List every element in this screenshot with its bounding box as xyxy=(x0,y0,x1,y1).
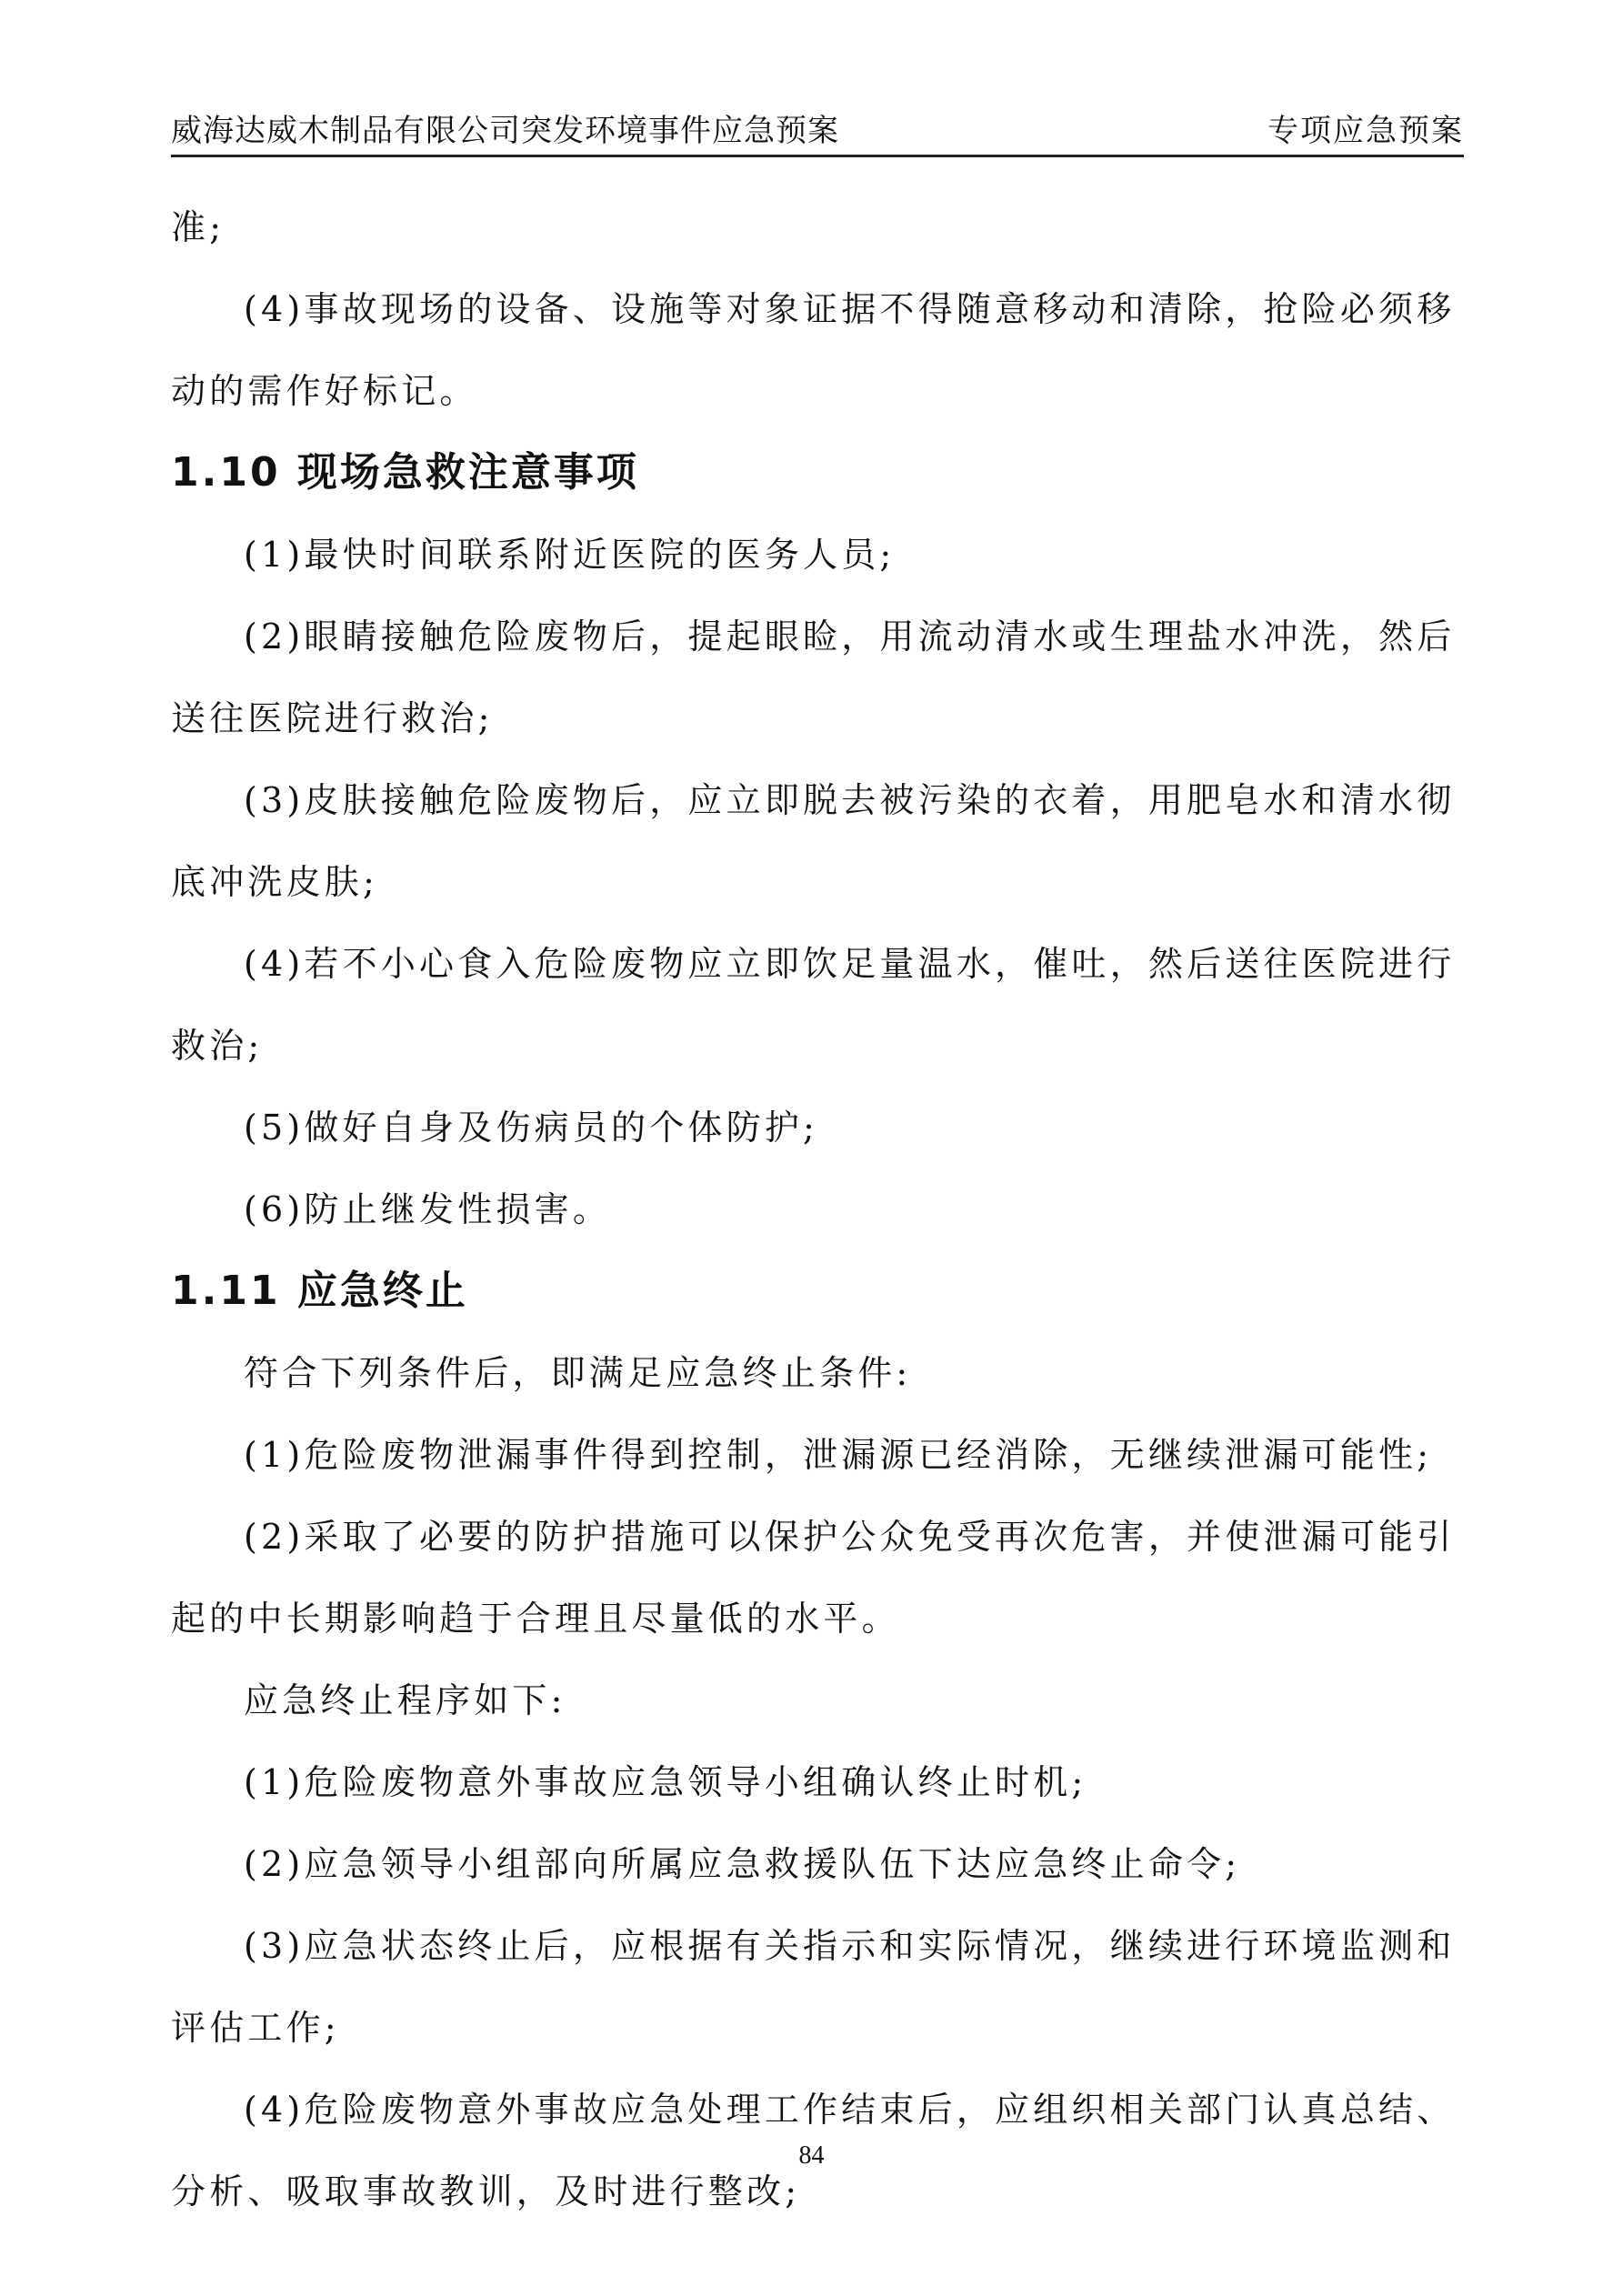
text-line: 救治; xyxy=(171,1005,1464,1087)
text-line: 动的需作好标记。 xyxy=(171,350,1464,432)
list-item: (4)危险废物意外事故应急处理工作结束后，应组织相关部门认真总结、 xyxy=(171,2069,1464,2151)
paragraph: 应急终止程序如下: xyxy=(171,1659,1464,1741)
list-item: (4)若不小心食入危险废物应立即饮足量温水，催吐，然后送往医院进行 xyxy=(171,923,1464,1005)
section-heading: 1.10 现场急救注意事项 xyxy=(171,432,1464,514)
list-item: (2)采取了必要的防护措施可以保护公众免受再次危害，并使泄漏可能引 xyxy=(171,1496,1464,1578)
section-heading: 1.11 应急终止 xyxy=(171,1250,1464,1332)
list-item: (1)危险废物泄漏事件得到控制，泄漏源已经消除，无继续泄漏可能性; xyxy=(171,1414,1464,1496)
header-section-label: 专项应急预案 xyxy=(1267,111,1464,151)
text-line: 送往医院进行救治; xyxy=(171,677,1464,759)
list-item: (1)最快时间联系附近医院的医务人员; xyxy=(171,514,1464,596)
list-item: (4)事故现场的设备、设施等对象证据不得随意移动和清除，抢险必须移 xyxy=(171,268,1464,350)
text-line: 底冲洗皮肤; xyxy=(171,841,1464,923)
header-rule xyxy=(171,155,1464,157)
text-line: 起的中长期影响趋于合理且尽量低的水平。 xyxy=(171,1578,1464,1659)
text-line: 评估工作; xyxy=(171,1987,1464,2069)
header-document-title: 威海达威木制品有限公司突发环境事件应急预案 xyxy=(171,111,839,151)
list-item: (1)危险废物意外事故应急领导小组确认终止时机; xyxy=(171,1741,1464,1823)
page-header: 威海达威木制品有限公司突发环境事件应急预案 专项应急预案 xyxy=(171,111,1464,156)
paragraph: 符合下列条件后，即满足应急终止条件: xyxy=(171,1332,1464,1414)
list-item: (5)做好自身及伤病员的个体防护; xyxy=(171,1087,1464,1168)
page-number: 84 xyxy=(0,2141,1623,2171)
list-item: (2)应急领导小组部向所属应急救援队伍下达应急终止命令; xyxy=(171,1823,1464,1905)
document-body: 准; (4)事故现场的设备、设施等对象证据不得随意移动和清除，抢险必须移 动的需… xyxy=(171,186,1464,2232)
list-item: (3)皮肤接触危险废物后，应立即脱去被污染的衣着，用肥皂水和清水彻 xyxy=(171,759,1464,841)
list-item: (2)眼睛接触危险废物后，提起眼睑，用流动清水或生理盐水冲洗，然后 xyxy=(171,596,1464,677)
list-item: (6)防止继发性损害。 xyxy=(171,1168,1464,1250)
list-item: (3)应急状态终止后，应根据有关指示和实际情况，继续进行环境监测和 xyxy=(171,1905,1464,1987)
text-line: 准; xyxy=(171,186,1464,268)
